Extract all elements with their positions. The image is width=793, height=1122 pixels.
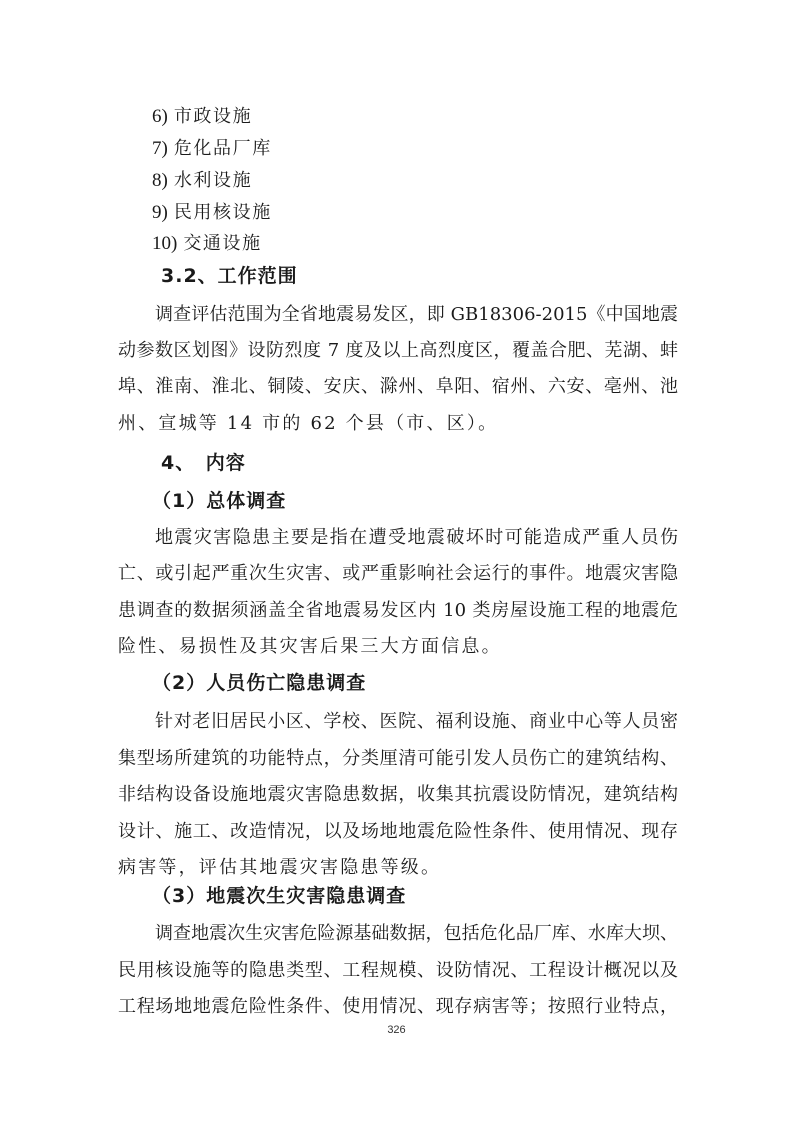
list-number: 10)	[152, 233, 177, 254]
paragraph-line: 病害等，评估其地震灾害隐患等级。	[118, 857, 678, 879]
list-text: 交通设施	[183, 233, 261, 254]
subsection-heading-1: （1）总体调查	[152, 490, 286, 512]
list-item: 10)交通设施	[152, 233, 262, 255]
paragraph-line: 埠、淮南、淮北、铜陵、安庆、滁州、阜阳、宿州、六安、亳州、池	[118, 376, 678, 398]
list-text: 民用核设施	[174, 202, 272, 223]
list-number: 9)	[152, 202, 168, 223]
subsection-heading-3: （3）地震次生灾害隐患调查	[152, 885, 406, 907]
section-heading-4: 4、 内容	[161, 452, 246, 474]
paragraph-line: 工程场地地震危险性条件、使用情况、现存病害等；按照行业特点，	[118, 996, 678, 1018]
paragraph-line: 非结构设备设施地震灾害隐患数据，收集其抗震设防情况，建筑结构	[118, 784, 678, 806]
paragraph-line: 地震灾害隐患主要是指在遭受地震破坏时可能造成严重人员伤	[155, 527, 678, 549]
list-item: 7)危化品厂库	[152, 138, 272, 160]
paragraph-line: 亡、或引起严重次生灾害、或严重影响社会运行的事件。地震灾害隐	[118, 563, 678, 585]
paragraph-line: 险性、易损性及其灾害后果三大方面信息。	[118, 636, 678, 658]
paragraph-line: 调查评估范围为全省地震易发区，即 GB18306-2015《中国地震	[155, 304, 678, 326]
paragraph-line: 调查地震次生灾害危险源基础数据，包括危化品厂库、水库大坝、	[155, 923, 678, 945]
paragraph-line: 民用核设施等的隐患类型、工程规模、设防情况、工程设计概况以及	[118, 960, 678, 982]
list-item: 6)市政设施	[152, 106, 252, 128]
paragraph-line: 动参数区划图》设防烈度 7 度及以上高烈度区，覆盖合肥、芜湖、蚌	[118, 340, 678, 362]
paragraph-line: 患调查的数据须涵盖全省地震易发区内 10 类房屋设施工程的地震危	[118, 600, 678, 622]
paragraph-line: 州、宣城等 14 市的 62 个县（市、区）。	[118, 413, 678, 435]
section-heading-3-2: 3.2、工作范围	[161, 265, 298, 287]
list-item: 9)民用核设施	[152, 202, 272, 224]
list-number: 6)	[152, 106, 168, 127]
document-page: 6)市政设施 7)危化品厂库 8)水利设施 9)民用核设施 10)交通设施 3.…	[0, 0, 793, 1122]
list-item: 8)水利设施	[152, 170, 252, 192]
page-number: 326	[0, 1024, 793, 1036]
list-number: 8)	[152, 170, 168, 191]
paragraph-line: 集型场所建筑的功能特点，分类厘清可能引发人员伤亡的建筑结构、	[118, 748, 678, 770]
list-text: 危化品厂库	[174, 138, 272, 159]
subsection-heading-2: （2）人员伤亡隐患调查	[152, 672, 366, 694]
list-text: 市政设施	[174, 106, 252, 127]
list-text: 水利设施	[174, 170, 252, 191]
list-number: 7)	[152, 138, 168, 159]
paragraph-line: 针对老旧居民小区、学校、医院、福利设施、商业中心等人员密	[155, 711, 678, 733]
paragraph-line: 设计、施工、改造情况，以及场地地震危险性条件、使用情况、现存	[118, 821, 678, 843]
